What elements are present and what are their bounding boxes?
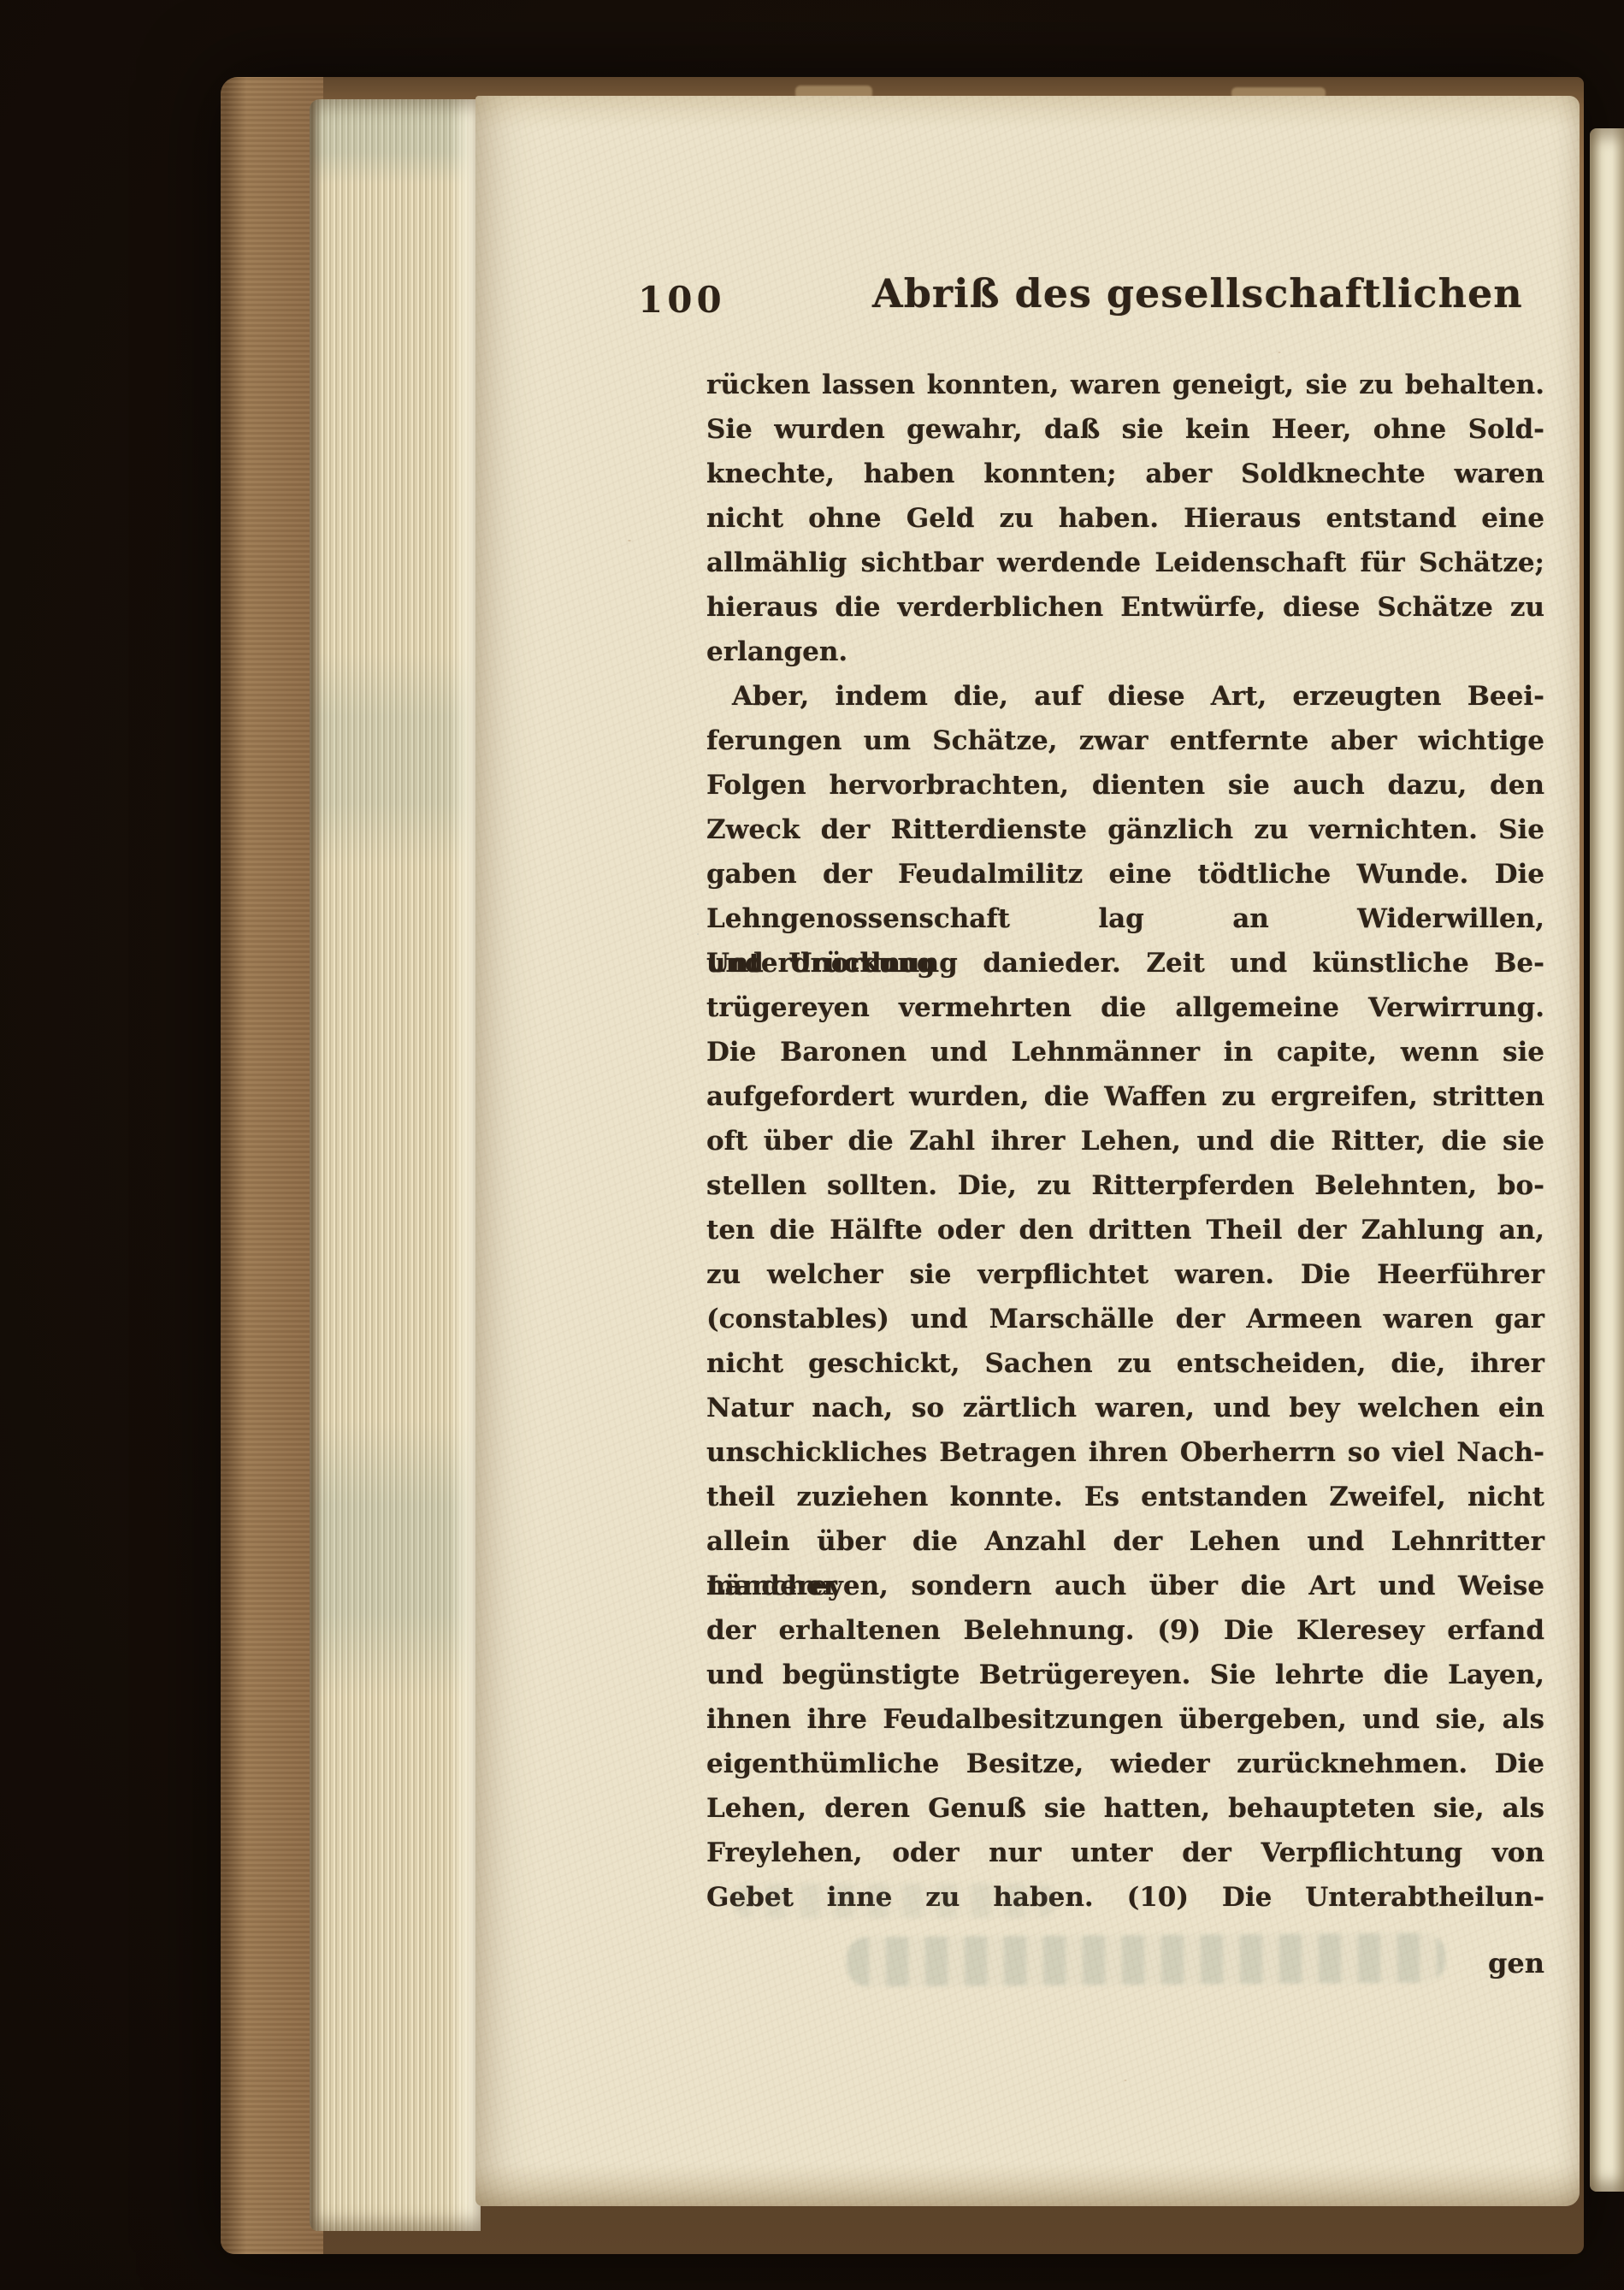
page-number: 100 <box>638 279 726 321</box>
text-line: ferungen um Schätze, zwar entfernte aber… <box>706 719 1544 763</box>
text-line: allein über die Anzahl der Lehen und Leh… <box>706 1519 1544 1564</box>
text-line: zu welcher sie verpflichtet waren. Die H… <box>706 1252 1544 1297</box>
text-line: Freylehen, oder nur unter der Verpflicht… <box>706 1831 1544 1875</box>
text-line: gaben der Feudalmilitz eine tödtliche Wu… <box>706 852 1544 896</box>
text-line: stellen sollten. Die, zu Ritterpferden B… <box>706 1163 1544 1208</box>
text-line: und begünstigte Betrügereyen. Sie lehrte… <box>706 1653 1544 1697</box>
text-line: Sie wurden gewahr, daß sie kein Heer, oh… <box>706 407 1544 452</box>
text-line: aufgefordert wurden, die Waffen zu ergre… <box>706 1074 1544 1119</box>
text-line: ten die Hälfte oder den dritten Theil de… <box>706 1208 1544 1252</box>
text-line: Ländereyen, sondern auch über die Art un… <box>706 1564 1544 1608</box>
text-line: und Unordnung danieder. Zeit und künstli… <box>706 941 1544 985</box>
text-line: trügereyen vermehrten die allgemeine Ver… <box>706 985 1544 1030</box>
text-line: hieraus die verderblichen Entwürfe, dies… <box>706 585 1544 630</box>
text-line: theil zuziehen konnte. Es entstanden Zwe… <box>706 1475 1544 1519</box>
ink-bleedthrough <box>732 1884 1057 1918</box>
text-line: Lehen, deren Genuß sie hatten, behauptet… <box>706 1786 1544 1831</box>
text-line: knechte, haben konnten; aber Soldknechte… <box>706 452 1544 496</box>
text-line: Aber, indem die, auf diese Art, erzeugte… <box>706 674 1544 719</box>
book-cover-spine-edge <box>221 77 323 2254</box>
text-line: erlangen. <box>706 630 1544 674</box>
photo-background: 100 Abriß des gesellschaftlichen rücken … <box>0 0 1624 2290</box>
text-line: ihnen ihre Feudalbesitzungen übergeben, … <box>706 1697 1544 1742</box>
page-edge-stack <box>310 99 481 2231</box>
text-line: unschickliches Betragen ihren Oberherrn … <box>706 1430 1544 1475</box>
text-line: eigenthümliche Besitze, wieder zurückneh… <box>706 1742 1544 1786</box>
running-header: Abriß des gesellschaftlichen <box>872 270 1523 317</box>
text-line: Zweck der Ritterdienste gänzlich zu vern… <box>706 808 1544 852</box>
text-line: nicht geschickt, Sachen zu entscheiden, … <box>706 1341 1544 1386</box>
text-line: allmählig sichtbar werdende Leidenschaft… <box>706 541 1544 585</box>
text-line: Die Baronen und Lehnmänner in capite, we… <box>706 1030 1544 1074</box>
text-line: der erhaltenen Belehnung. (9) Die Kleres… <box>706 1608 1544 1653</box>
text-line: Folgen hervorbrachten, dienten sie auch … <box>706 763 1544 808</box>
text-line: rücken lassen konnten, waren geneigt, si… <box>706 363 1544 407</box>
catchword: gen <box>1488 1947 1544 1979</box>
ink-bleedthrough <box>847 1933 1445 1987</box>
book-page: 100 Abriß des gesellschaftlichen rücken … <box>475 96 1580 2206</box>
text-line: nicht ohne Geld zu haben. Hieraus entsta… <box>706 496 1544 541</box>
text-line: (constables) und Marschälle der Armeen w… <box>706 1297 1544 1341</box>
page-body: rücken lassen konnten, waren geneigt, si… <box>706 363 1544 1920</box>
text-line: Natur nach, so zärtlich waren, und bey w… <box>706 1386 1544 1430</box>
text-line: Lehngenossenschaft lag an Widerwillen, U… <box>706 896 1544 941</box>
text-line: oft über die Zahl ihrer Lehen, und die R… <box>706 1119 1544 1163</box>
facing-page-edge <box>1590 128 1624 2192</box>
